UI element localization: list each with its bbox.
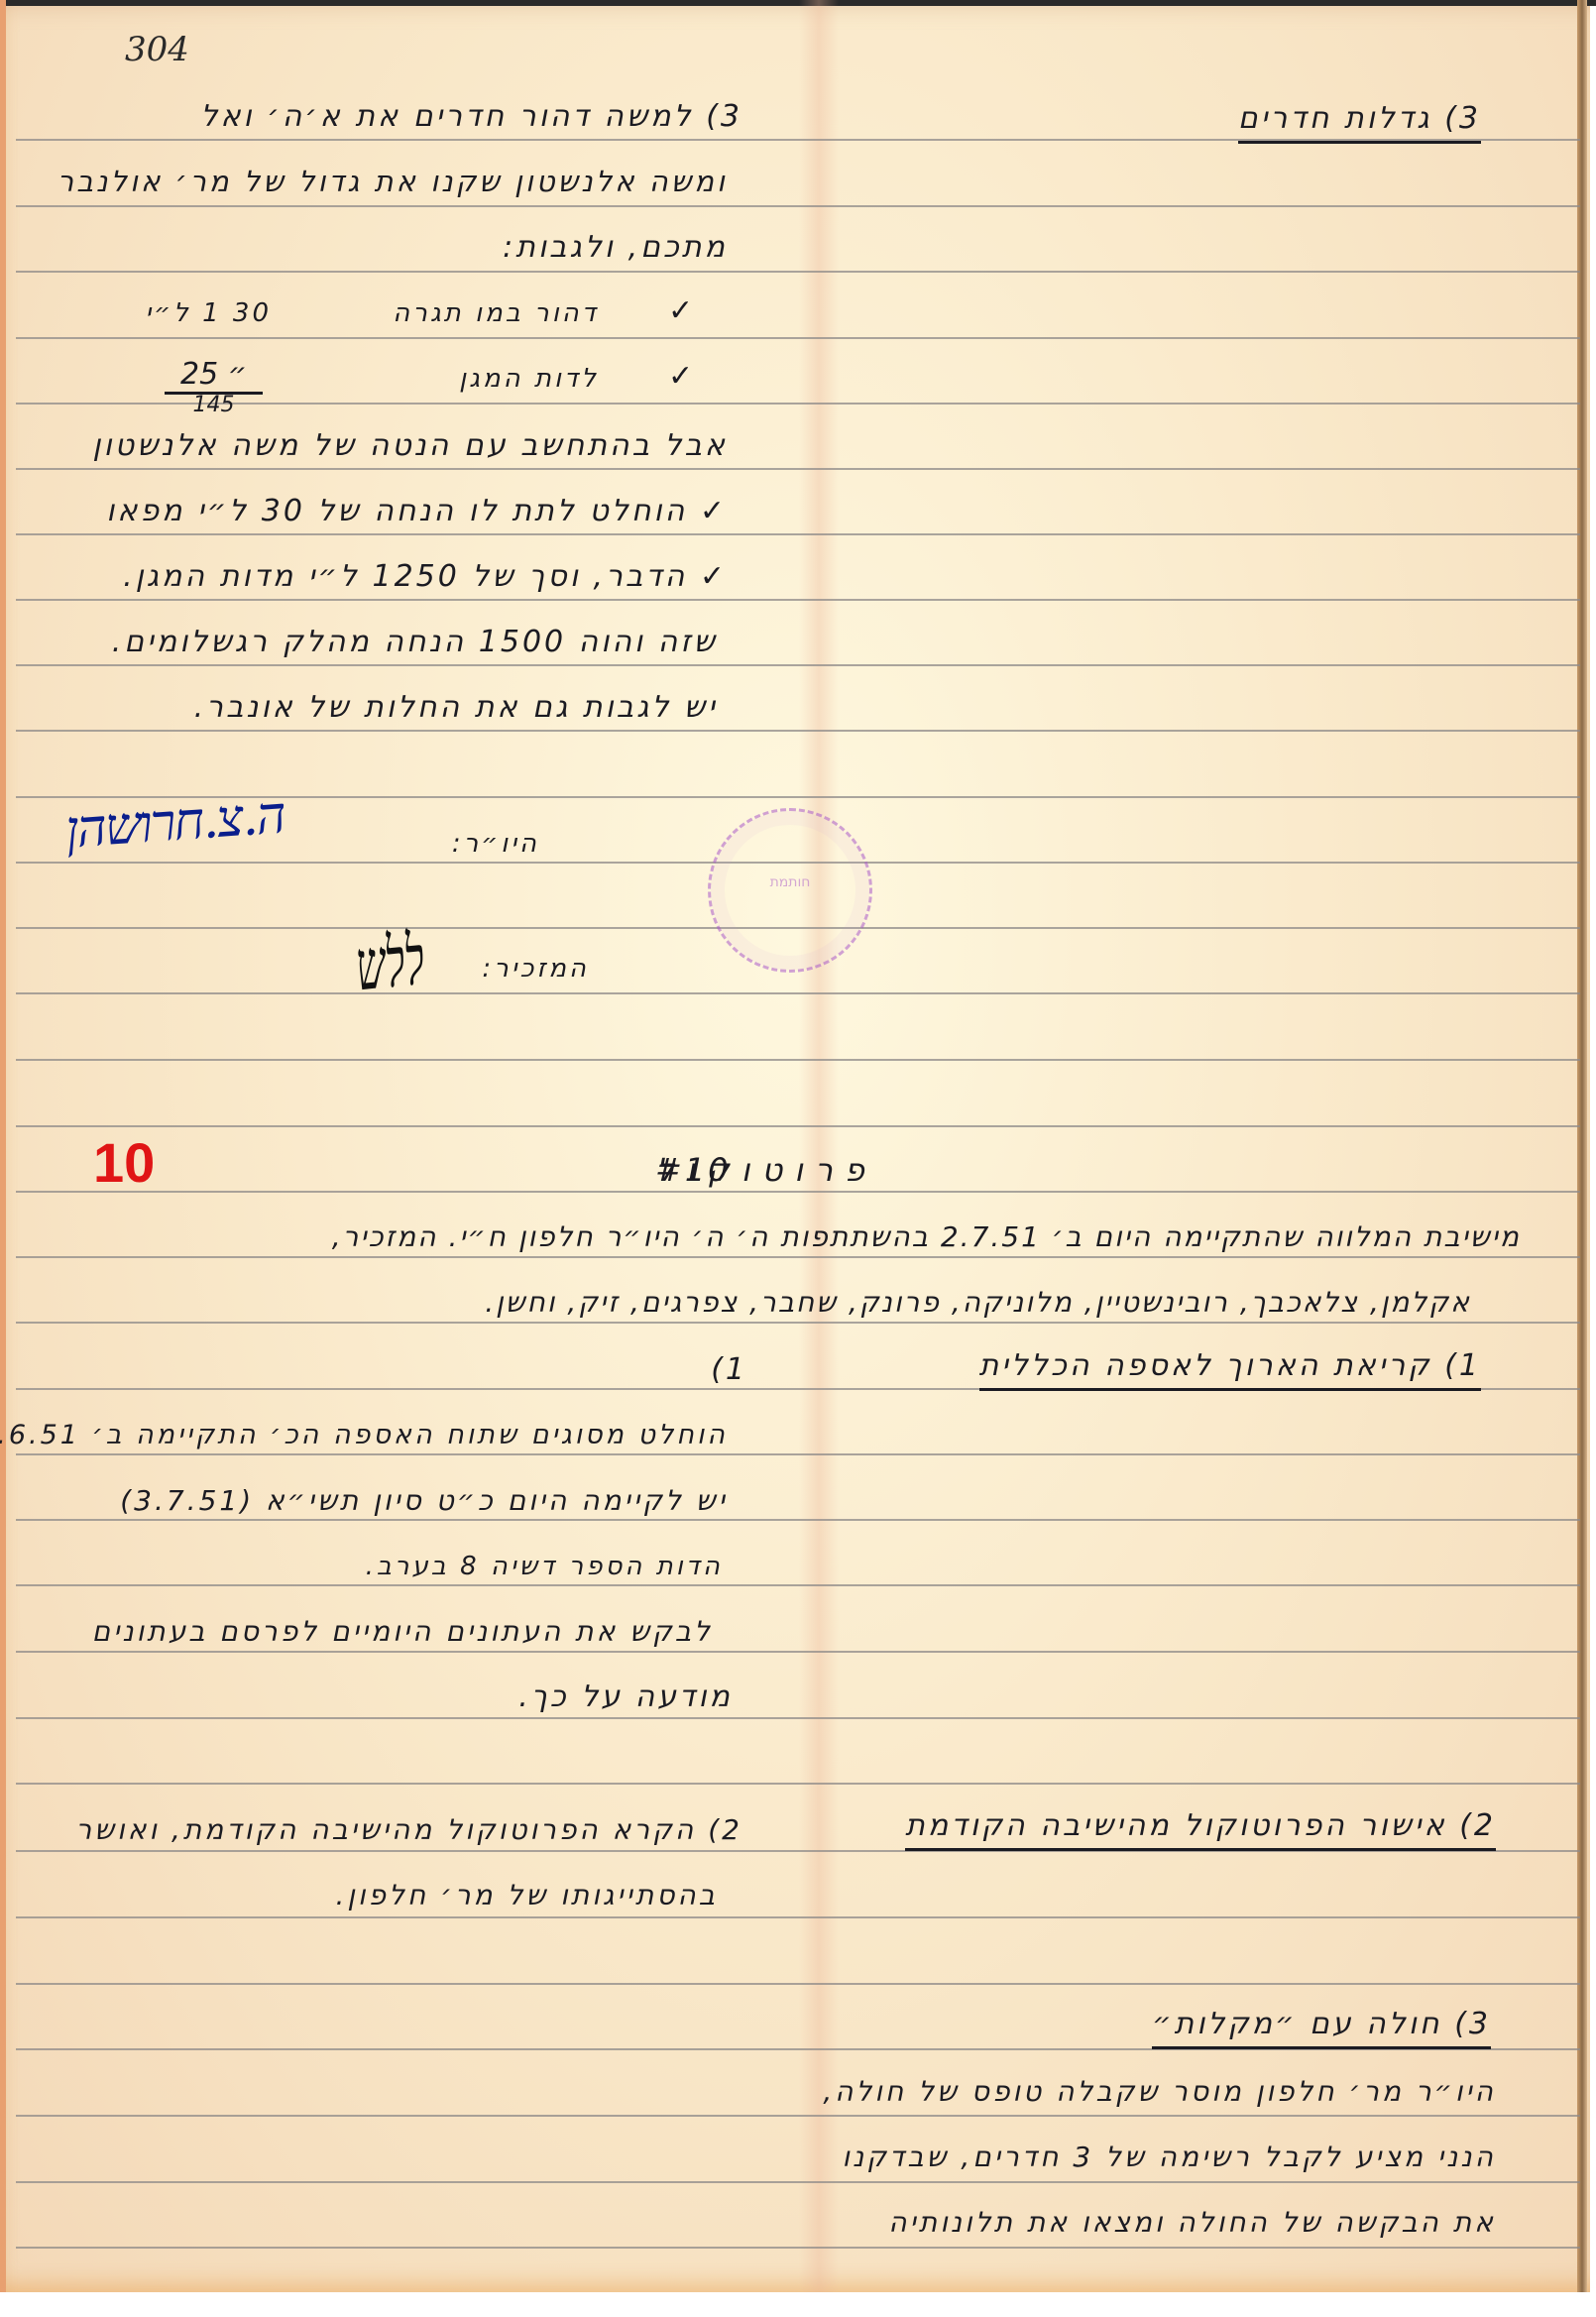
paragraph-line: שזה והוה 1500 הנחה מהלק רגשלומים. bbox=[112, 623, 718, 662]
checkmark-icon: ✓ bbox=[668, 293, 693, 328]
ruled-line bbox=[16, 205, 1580, 207]
item-2-line: 2) הקרא הפרוטוקול מהישיבה הקודמת, ואושר bbox=[75, 1810, 742, 1850]
page-number: 304 bbox=[125, 30, 189, 69]
checklist-item-text: דהור במו תגרה bbox=[393, 293, 599, 333]
item-1-line: מודעה על כך. bbox=[518, 1678, 733, 1717]
ruled-line bbox=[16, 1125, 1580, 1127]
official-stamp: חותמת bbox=[708, 808, 872, 973]
fraction-denominator: 145 bbox=[165, 395, 263, 416]
item-3-line: הנני מציע לקבל רשימה של 3 חדרים, שבדקנו bbox=[842, 2138, 1496, 2177]
item-3-line: את הבקשה של החולה ומצאו את תלונותיה bbox=[888, 2203, 1496, 2243]
fraction-numerator: 25 ״ bbox=[165, 357, 263, 395]
item-3-heading: 3) חולה עם ״מקלות״ bbox=[1152, 2005, 1491, 2049]
text-line: ומשה אלנשטון שקנו את גדול של מר׳ אולנבר bbox=[57, 162, 728, 201]
margin-marker: 10 bbox=[93, 1130, 155, 1195]
ruled-line bbox=[16, 1584, 1580, 1586]
ruled-line bbox=[16, 2181, 1580, 2183]
text-line: מתכם, ולגבות: bbox=[503, 228, 728, 268]
protocol-intro-line: אקלמן, צלאכבך, רובינשטיין, מלוניקה, פרונ… bbox=[485, 1283, 1471, 1323]
item-3-line: היו״ר מר׳ חלפון מוסר שקבלה טופס של חולה, bbox=[823, 2072, 1496, 2112]
ruled-line bbox=[16, 1191, 1580, 1193]
ruled-line bbox=[16, 1783, 1580, 1785]
item-1-line: הדות הספר דשיה 8 בערב. bbox=[366, 1547, 723, 1586]
chair-label: היו״ר: bbox=[452, 829, 539, 859]
checkmark-icon: ✓ bbox=[668, 359, 693, 394]
ruled-line bbox=[16, 664, 1580, 666]
fraction-amount: 25 ״ 145 bbox=[165, 357, 263, 416]
checklist-item-amount: 30 1 ל״י bbox=[145, 293, 272, 333]
paragraph-line: יש לגבות גם את החלות של אונבר. bbox=[194, 688, 718, 728]
ruled-line bbox=[16, 1717, 1580, 1719]
ruled-line bbox=[16, 599, 1580, 601]
item-1-line: יש לקיימה היום כ״ט סיון תשי״א (3.7.51) bbox=[120, 1481, 728, 1521]
secretary-label: המזכיר: bbox=[482, 954, 589, 984]
ledger-page: 304 3) למשה דהור חדרים את א׳ה׳ ואל ומשה … bbox=[0, 0, 1590, 2292]
ruled-line bbox=[16, 337, 1580, 339]
item-heading-left: 3) למשה דהור חדרים את א׳ה׳ ואל bbox=[200, 97, 742, 137]
item-1-heading: 1) קריאת הארוך לאספה הכללית bbox=[979, 1346, 1481, 1391]
item-2-heading: 2) אישור הפרוטוקול מהישיבה הקודמת bbox=[905, 1806, 1496, 1851]
ruled-line bbox=[16, 992, 1580, 994]
item-1-line: הוחלט מסוגים שתוח האספה הכ׳ התקיימה ב׳ 2… bbox=[0, 1416, 728, 1455]
page-fold-shadow bbox=[799, 0, 839, 2292]
stamp-text: חותמת bbox=[711, 874, 869, 890]
ruled-line bbox=[16, 271, 1580, 273]
item-2-line: בהסתייגותו של מר׳ חלפון. bbox=[335, 1876, 718, 1915]
protocol-number: #10 bbox=[655, 1150, 732, 1190]
ruled-line bbox=[16, 533, 1580, 535]
ruled-line bbox=[16, 730, 1580, 732]
paragraph-line: ✓ הוחלט לתת לו הנחה של 30 ל״י מפאו bbox=[106, 492, 728, 531]
protocol-intro-line: מישיבת המלווה שהתקיימה היום ב׳ 2.7.51 בה… bbox=[332, 1217, 1521, 1257]
item-1-line: לבקש את העתונים היומיים לפרסם בעתונים bbox=[92, 1612, 713, 1652]
ruled-line bbox=[16, 2247, 1580, 2249]
checklist-item-text: לדות המגן bbox=[459, 359, 599, 399]
item-1-left-marker: 1) bbox=[711, 1350, 747, 1390]
ruled-line bbox=[16, 468, 1580, 470]
ruled-line bbox=[16, 1059, 1580, 1061]
item-heading-right: 3) גדלות חדרים bbox=[1238, 99, 1481, 144]
ruled-line bbox=[16, 1916, 1580, 1918]
ruled-line bbox=[16, 2115, 1580, 2117]
ruled-line bbox=[16, 1983, 1580, 1985]
protocol-number-prefix: # bbox=[655, 1151, 685, 1189]
book-spine bbox=[1577, 0, 1587, 2292]
paragraph-line: אבל בהתחשב עם הנטה של משה אלנשטון bbox=[92, 426, 728, 466]
protocol-number-value: 10 bbox=[685, 1151, 732, 1189]
paragraph-line: ✓ הדבר, וסך של 1250 ל״י מדות המגן. bbox=[123, 557, 728, 597]
secretary-signature: ללש bbox=[352, 919, 428, 1008]
